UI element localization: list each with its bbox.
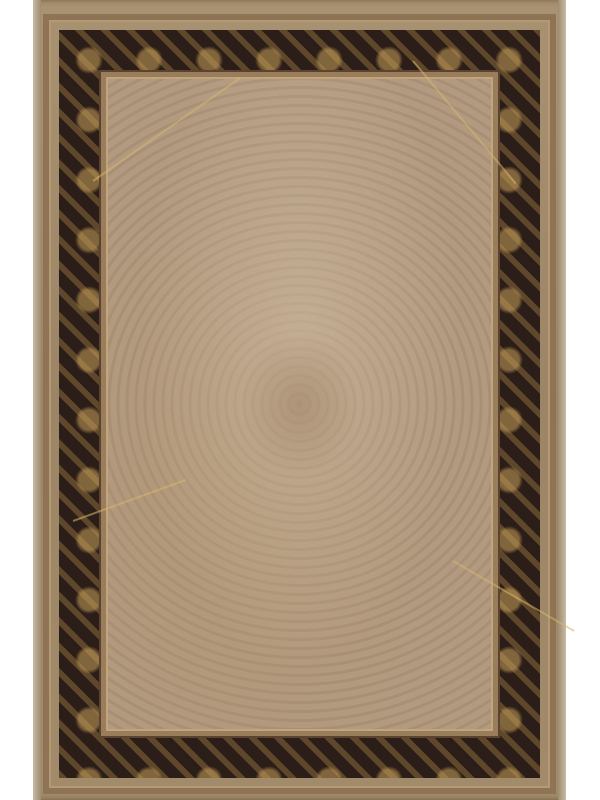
central-field	[108, 79, 491, 729]
faded-medallion	[240, 329, 360, 479]
rug-left-edge	[33, 0, 41, 800]
rug	[33, 0, 566, 800]
rug-right-edge	[558, 0, 566, 800]
